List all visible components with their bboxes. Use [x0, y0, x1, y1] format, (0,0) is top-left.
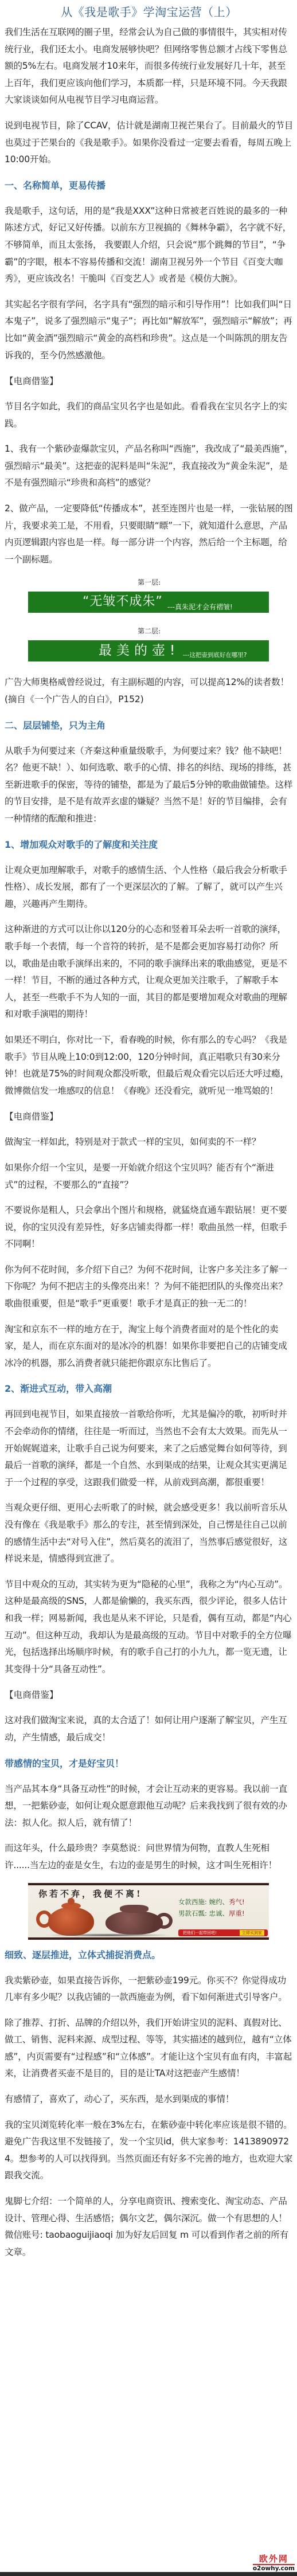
body-paragraph: 2、做产品，一定要降低“传播成本”，甚至连图片也是一样，一张钻展的图片，我要求美…	[5, 500, 294, 568]
teapot-ad-image: 你若不弃，我便不离! 女款西施: 婉约、秀气! 男款石瓢: 忠诚、厚重! 把他们…	[28, 1883, 269, 1940]
body-paragraph: 不要说你是粗人，只会拿出个图片和规格，就猛烧直通车跟钻展！更不要说，你的宝贝没有…	[5, 1202, 294, 1253]
banner-sub-text: ---真朱泥才会有褶皱!	[167, 603, 233, 611]
section-heading: 二、层层铺垫，只为主角	[5, 717, 294, 734]
ad-line-female: 女款西施: 婉约、秀气!	[178, 1897, 245, 1907]
ad-cta-bar: 把他们一起带回吧! 立即买到家	[178, 1929, 268, 1936]
body-paragraph: 我卖紫砂壶，如果直接告诉你，一把紫砂壶199元。你买不？你觉得成功几率有多少呢？…	[5, 1972, 294, 2006]
ad-line-key: 男款石瓢:	[178, 1909, 207, 1917]
quote-paragraph: 广告大师奥格威曾经说过，有主副标题的内容，可以提高12%的读者数！(摘自《一个广…	[5, 674, 294, 708]
body-paragraph: 我是歌手，这句话，用的是“我是XXX”这种日常被老百姓说的最多的一种陈述方式，好…	[5, 203, 294, 288]
body-paragraph: 节目名字如此，我们的商品宝贝名字也是如此。看看我在宝贝名字上的实践。	[5, 398, 294, 432]
ecommerce-tag: 【电商借鉴】	[5, 1108, 294, 1125]
body-paragraph: 1、我有一个紫砂壶爆款宝贝，产品名称叫“西施”，我改成了“最美西施”，强烈暗示“…	[5, 441, 294, 492]
intro-paragraph: 我们生活在互联网的圈子里，经常会认为自己做的事情很牛，其实相对传统行业，我们还太…	[5, 24, 294, 109]
ad-line-value: 忠诚、	[209, 1909, 229, 1917]
watermark-logo: 欧外网	[253, 2554, 295, 2565]
body-paragraph: 有感情了，喜欢了，动心了，买东西，是水到渠成的事情！	[5, 2091, 294, 2108]
bottom-bar	[0, 2572, 297, 2576]
body-paragraph: 让观众更加理解歌手，对歌手的感情生活、个人性格（最后我会分析歌手性格）、成长发展…	[5, 862, 294, 913]
body-paragraph: 其实起名字很有学问，名字具有“强烈的暗示和引导作用”！比如我们叫“日本鬼子”，说…	[5, 296, 294, 364]
green-banner-image: “无皱不成朱” ---真朱泥才会有褶皱!	[28, 592, 269, 613]
body-paragraph: 节目中观众的互动，其实转为更为“隐秘的心里”，我称之为“内心互动”。这种是最高级…	[5, 1576, 294, 1678]
site-watermark: 欧外网 o2owhy.com	[253, 2554, 295, 2573]
section-heading: 一、名称简单，更易传播	[5, 177, 294, 194]
ad-line-key: 女款西施:	[178, 1898, 207, 1906]
banner-sub-text: ---这把壶到底好在哪里?	[183, 651, 247, 659]
layer-label: 第二层:	[5, 625, 294, 637]
teapot-lid-icon	[120, 1905, 148, 1913]
body-paragraph: 我的宝贝浏览转化率一般在3%左右，在紫砂壶中转化率应该是很不错的。避免广告我这里…	[5, 2117, 294, 2184]
body-paragraph: 而这年头，什么最珍贵？李莫愁说：问世界情为何物，直教人生死相许......当左边…	[5, 1840, 294, 1874]
banner-main-text: “无皱不成朱”	[83, 593, 163, 610]
ad-slogan: 你若不弃，我便不离!	[38, 1888, 143, 1900]
ad-cta-button: 立即买到家	[240, 1930, 264, 1936]
ad-cta-text: 把他们一起带回吧!	[183, 1931, 217, 1935]
subsection-heading: 2、渐进式互动，带入高潮	[5, 1380, 294, 1397]
layer-label: 第一层:	[5, 577, 294, 588]
ecommerce-tag: 【电商借鉴】	[5, 373, 294, 390]
green-banner-image: 最美的壶! ---这把壶到底好在哪里?	[28, 640, 269, 661]
ad-line-value: 厚重!	[229, 1909, 245, 1917]
body-paragraph: 从歌手为何要过来（齐秦这种重量级歌手，为何要过来？钱？他不缺吧！名？他更不缺！）…	[5, 743, 294, 828]
ecommerce-tag: 【电商借鉴】	[5, 1686, 294, 1704]
body-paragraph: 如果还不明白，你对比一下，看春晚的时候，你有那么的专心吗？《我是歌手》节目从晚上…	[5, 1032, 294, 1099]
ad-line-value: 婉约、	[209, 1898, 229, 1906]
body-paragraph: 除了推荐、打折、品牌的介绍以外，我们开始讲宝贝的泥料、真假对比、做工、销售、泥料…	[5, 2015, 294, 2082]
red-teapot-icon	[48, 1907, 94, 1936]
brown-teapot-icon	[105, 1911, 163, 1935]
highlight-heading: 带感情的宝贝，才是好宝贝！	[5, 1755, 294, 1772]
teapot-shadow	[45, 1933, 171, 1937]
ad-line-value: 秀气!	[229, 1898, 245, 1906]
body-paragraph: 你为何不花时间，多介绍下自己？为何不花时间，让客户多关注多了解一下你呢？为何不把…	[5, 1262, 294, 1313]
highlight-heading: 细致、逐层推进，立体式捕捉消费点。	[5, 1947, 294, 1964]
subsection-heading: 1、增加观众对歌手的了解度和关注度	[5, 836, 294, 854]
body-paragraph: 做淘宝一样如此，特别是对于款式一样的宝贝，如何卖的不一样？	[5, 1134, 294, 1151]
body-paragraph: 这种渐进的方式可以让你以120分的心态和竖着耳朵去听一首歌的演绎，歌手每一个表情…	[5, 921, 294, 1023]
intro-paragraph: 说到电视节目，除了CCAV，估计就是湖南卫视芒果台了。目前最火的节目也莫过于芒果…	[5, 118, 294, 169]
banner-main-text: 最美的壶!	[99, 642, 179, 659]
body-paragraph: 再回到电视节目，如果直接放一首歌给你听，尤其是偏冷的歌，初听时并不会牵动你的情绪…	[5, 1406, 294, 1491]
teapot-knob-icon	[68, 1898, 75, 1905]
ad-line-male: 男款石瓢: 忠诚、厚重!	[178, 1908, 245, 1919]
body-paragraph: 当产品其本身“具备互动性”的时候，才会让互动来的更容易。我以前一直想，一把紫砂壶…	[5, 1781, 294, 1832]
author-bio: 鬼脚七介绍：一个简单的人，分享电商资讯、搜索变化、淘宝动态、产品设计、管理心得、…	[5, 2193, 294, 2261]
body-paragraph: 淘宝和京东不一样的地方在于，淘宝上每个消费者面对的是个性化的卖家，是人，而在京东…	[5, 1321, 294, 1372]
body-paragraph: 当观众更仔细、更用心去听歌了的时候，就会感受更多！我以前听音乐从没有像在《我是歌…	[5, 1500, 294, 1567]
article: 从《我是歌手》学淘宝运营（上） 我们生活在互联网的圈子里，经常会认为自己做的事情…	[0, 0, 297, 2261]
body-paragraph: 这对我们做淘宝来说，真的太合适了！如何让用户逐渐了解宝贝，产生互动，产生情感，最…	[5, 1712, 294, 1746]
body-paragraph: 如果你介绍一个宝贝，是要一开始就介绍这个宝贝吗？能否有个“渐进式”的过程，不要那…	[5, 1160, 294, 1193]
article-title: 从《我是歌手》学淘宝运营（上）	[5, 3, 294, 21]
